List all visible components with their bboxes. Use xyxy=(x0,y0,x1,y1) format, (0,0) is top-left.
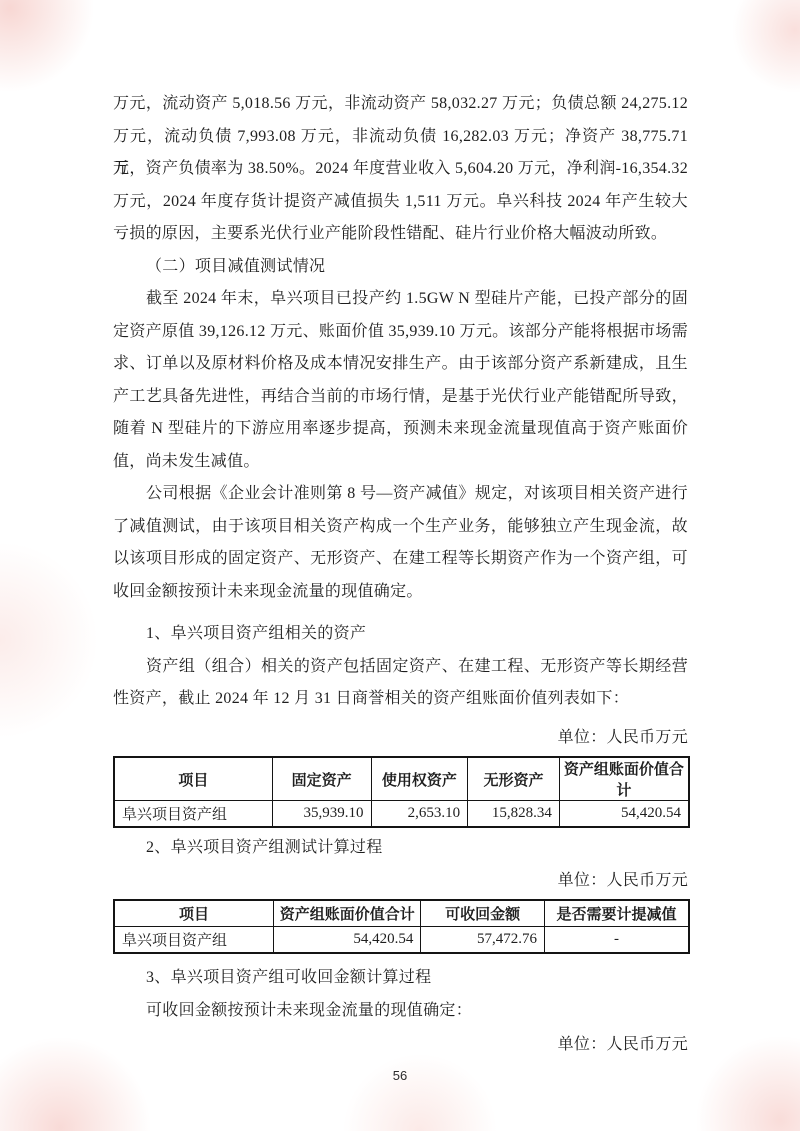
table-header-cell: 可收回金额 xyxy=(421,900,545,927)
table-cell: 54,420.54 xyxy=(559,801,689,828)
text-line: 万元，2024 年度存货计提资产减值损失 1,511 万元。阜兴科技 2024 … xyxy=(113,186,688,219)
report-page: { "content": { "lines": [ {"text": "万元，流… xyxy=(0,0,800,1131)
text-line: 值，尚未发生减值。 xyxy=(113,446,688,479)
unit-label: 单位：人民币万元 xyxy=(113,865,688,898)
unit-label: 单位：人民币万元 xyxy=(113,1029,688,1062)
text-line: 公司根据《企业会计准则第 8 号—资产减值》规定，对该项目相关资产进行 xyxy=(113,478,688,511)
table-header-cell: 使用权资产 xyxy=(371,757,468,801)
table-cell: 54,420.54 xyxy=(274,927,421,954)
table-header-cell: 是否需要计提减值 xyxy=(544,900,689,927)
table-cell: 阜兴项目资产组 xyxy=(114,801,272,828)
table-header-cell: 项目 xyxy=(114,757,272,801)
table-header-row: 项目 资产组账面价值合计 可收回金额 是否需要计提减值 xyxy=(114,900,689,927)
text-line: 定资产原值 39,126.12 万元、账面价值 35,939.10 万元。该部分… xyxy=(113,316,688,349)
text-line: 万元，流动资产 5,018.56 万元，非流动资产 58,032.27 万元；负… xyxy=(113,88,688,121)
table-cell: 阜兴项目资产组 xyxy=(114,927,274,954)
table-header-cell: 资产组账面价值合计 xyxy=(274,900,421,927)
list-heading-3: 3、阜兴项目资产组可收回金额计算过程 xyxy=(113,962,688,995)
asset-group-composition-table: 项目 固定资产 使用权资产 无形资产 资产组账面价值合计 阜兴项目资产组 35,… xyxy=(113,756,690,828)
text-line: 万元，流动负债 7,993.08 万元，非流动负债 16,282.03 万元；净… xyxy=(113,121,688,154)
page-number: 56 xyxy=(0,1068,800,1083)
table-cell: 2,653.10 xyxy=(371,801,468,828)
table-cell: - xyxy=(544,927,689,954)
table-header-row: 项目 固定资产 使用权资产 无形资产 资产组账面价值合计 xyxy=(114,757,689,801)
table-header-cell: 固定资产 xyxy=(272,757,371,801)
text-line: 性资产，截止 2024 年 12 月 31 日商誉相关的资产组账面价值列表如下： xyxy=(113,683,688,716)
text-line: 可收回金额按预计未来现金流量的现值确定： xyxy=(113,995,688,1028)
text-line: 随着 N 型硅片的下游应用率逐步提高，预测未来现金流量现值高于资产账面价 xyxy=(113,413,688,446)
text-line: 收回金额按预计未来现金流量的现值确定。 xyxy=(113,576,688,609)
table-header-cell: 资产组账面价值合计 xyxy=(559,757,689,801)
text-line: 以该项目形成的固定资产、无形资产、在建工程等长期资产作为一个资产组，可 xyxy=(113,543,688,576)
unit-label: 单位：人民币万元 xyxy=(113,722,688,755)
text-line: 产工艺具备先进性，再结合当前的市场行情，是基于光伏行业产能错配所导致， xyxy=(113,381,688,414)
table-row: 阜兴项目资产组 35,939.10 2,653.10 15,828.34 54,… xyxy=(114,801,689,828)
text-line: 截至 2024 年末，阜兴项目已投产约 1.5GW N 型硅片产能，已投产部分的… xyxy=(113,283,688,316)
text-line: 亏损的原因，主要系光伏行业产能阶段性错配、硅片行业价格大幅波动所致。 xyxy=(113,218,688,251)
table-header-cell: 项目 xyxy=(114,900,274,927)
impairment-test-table: 项目 资产组账面价值合计 可收回金额 是否需要计提减值 阜兴项目资产组 54,4… xyxy=(113,899,690,954)
table-cell: 57,472.76 xyxy=(421,927,545,954)
text-line: 资产组（组合）相关的资产包括固定资产、在建工程、无形资产等长期经营 xyxy=(113,651,688,684)
list-heading-1: 1、阜兴项目资产组相关的资产 xyxy=(113,618,688,651)
list-heading-2: 2、阜兴项目资产组测试计算过程 xyxy=(113,832,688,865)
section-heading: （二）项目减值测试情况 xyxy=(113,251,688,284)
document-body: 万元，流动资产 5,018.56 万元，非流动资产 58,032.27 万元；负… xyxy=(113,88,688,1062)
table-row: 阜兴项目资产组 54,420.54 57,472.76 - xyxy=(114,927,689,954)
table-header-cell: 无形资产 xyxy=(468,757,560,801)
text-line: 了减值测试，由于该项目相关资产构成一个生产业务，能够独立产生现金流，故 xyxy=(113,511,688,544)
text-line: 元，资产负债率为 38.50%。2024 年度营业收入 5,604.20 万元，… xyxy=(113,153,688,186)
text-line: 求、订单以及原材料价格及成本情况安排生产。由于该部分资产系新建成，且生 xyxy=(113,348,688,381)
table-cell: 15,828.34 xyxy=(468,801,560,828)
table-cell: 35,939.10 xyxy=(272,801,371,828)
